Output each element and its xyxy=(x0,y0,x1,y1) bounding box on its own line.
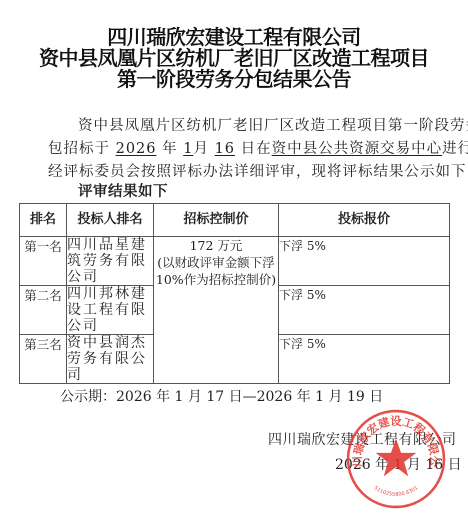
title-announcement: 第一阶段劳务分包结果公告 xyxy=(0,69,468,90)
bidder-cell: 资中县润杰劳务有限公司 xyxy=(67,335,154,384)
bid-year: 2026 xyxy=(116,141,157,157)
control-price-note-1: (以财政评审金额下浮 xyxy=(154,254,278,271)
bid-cell: 下浮 5% xyxy=(279,237,450,286)
title-company: 四川瑞欣宏建设工程有限公司 xyxy=(0,27,468,48)
body-line-1: 资中县凤凰片区纺机厂老旧厂区改造工程项目第一阶段劳务分 xyxy=(78,117,468,135)
bid-day: 16 xyxy=(215,141,235,157)
body-text: 进行评审， xyxy=(442,141,468,157)
svg-text:5110255806 8301: 5110255806 8301 xyxy=(373,485,419,498)
header-bidder: 投标人排名 xyxy=(67,204,154,237)
control-price-amount: 172 万元 xyxy=(154,237,278,254)
title-project: 资中县凤凰片区纺机厂老旧厂区改造工程项目 xyxy=(0,48,468,69)
header-bid-price: 投标报价 xyxy=(279,204,450,237)
body-text: 包招标于 xyxy=(48,141,110,157)
header-control-price: 招标控制价 xyxy=(154,204,279,237)
table-header-row: 排名 投标人排名 招标控制价 投标报价 xyxy=(20,204,450,237)
body-text: 日在 xyxy=(241,141,272,157)
result-label: 评审结果如下 xyxy=(78,183,168,201)
publicity-period: 公示期：2026 年 1 月 17 日—2026 年 1 月 19 日 xyxy=(60,386,383,406)
body-text: 年 xyxy=(162,141,178,157)
bid-cell: 下浮 5% xyxy=(279,335,450,384)
bid-cell: 下浮 5% xyxy=(279,286,450,335)
rank-cell: 第一名 xyxy=(20,237,67,286)
rank-cell: 第二名 xyxy=(20,286,67,335)
body-line-2: 包招标于 2026 年 1月 16 日在资中县公共资源交易中心进行评审， xyxy=(48,140,468,158)
body-text: 月 xyxy=(193,141,209,157)
seal-number: 5110255806 8301 xyxy=(373,485,419,498)
rank-cell: 第三名 xyxy=(20,335,67,384)
control-price-cell: 172 万元 (以财政评审金额下浮 10%作为招标控制价) xyxy=(154,237,279,384)
body-line-3: 经评标委员会按照评标办法详细评审，现将评标结果公示如下: xyxy=(48,163,468,181)
star-icon xyxy=(376,439,417,477)
bidder-cell: 四川邦林建设工程有限公司 xyxy=(67,286,154,335)
venue: 资中县公共资源交易中心 xyxy=(272,141,443,157)
table-row: 第一名 四川品星建筑劳务有限公司 172 万元 (以财政评审金额下浮 10%作为… xyxy=(20,237,450,286)
control-price-note-2: 10%作为招标控制价) xyxy=(154,271,278,288)
bid-month: 1 xyxy=(183,141,193,157)
bidder-cell: 四川品星建筑劳务有限公司 xyxy=(67,237,154,286)
header-rank: 排名 xyxy=(20,204,67,237)
results-table: 排名 投标人排名 招标控制价 投标报价 第一名 四川品星建筑劳务有限公司 172… xyxy=(19,203,450,384)
company-seal-icon: 四川瑞欣宏建设工程有限公司 5110255806 8301 xyxy=(345,408,447,510)
